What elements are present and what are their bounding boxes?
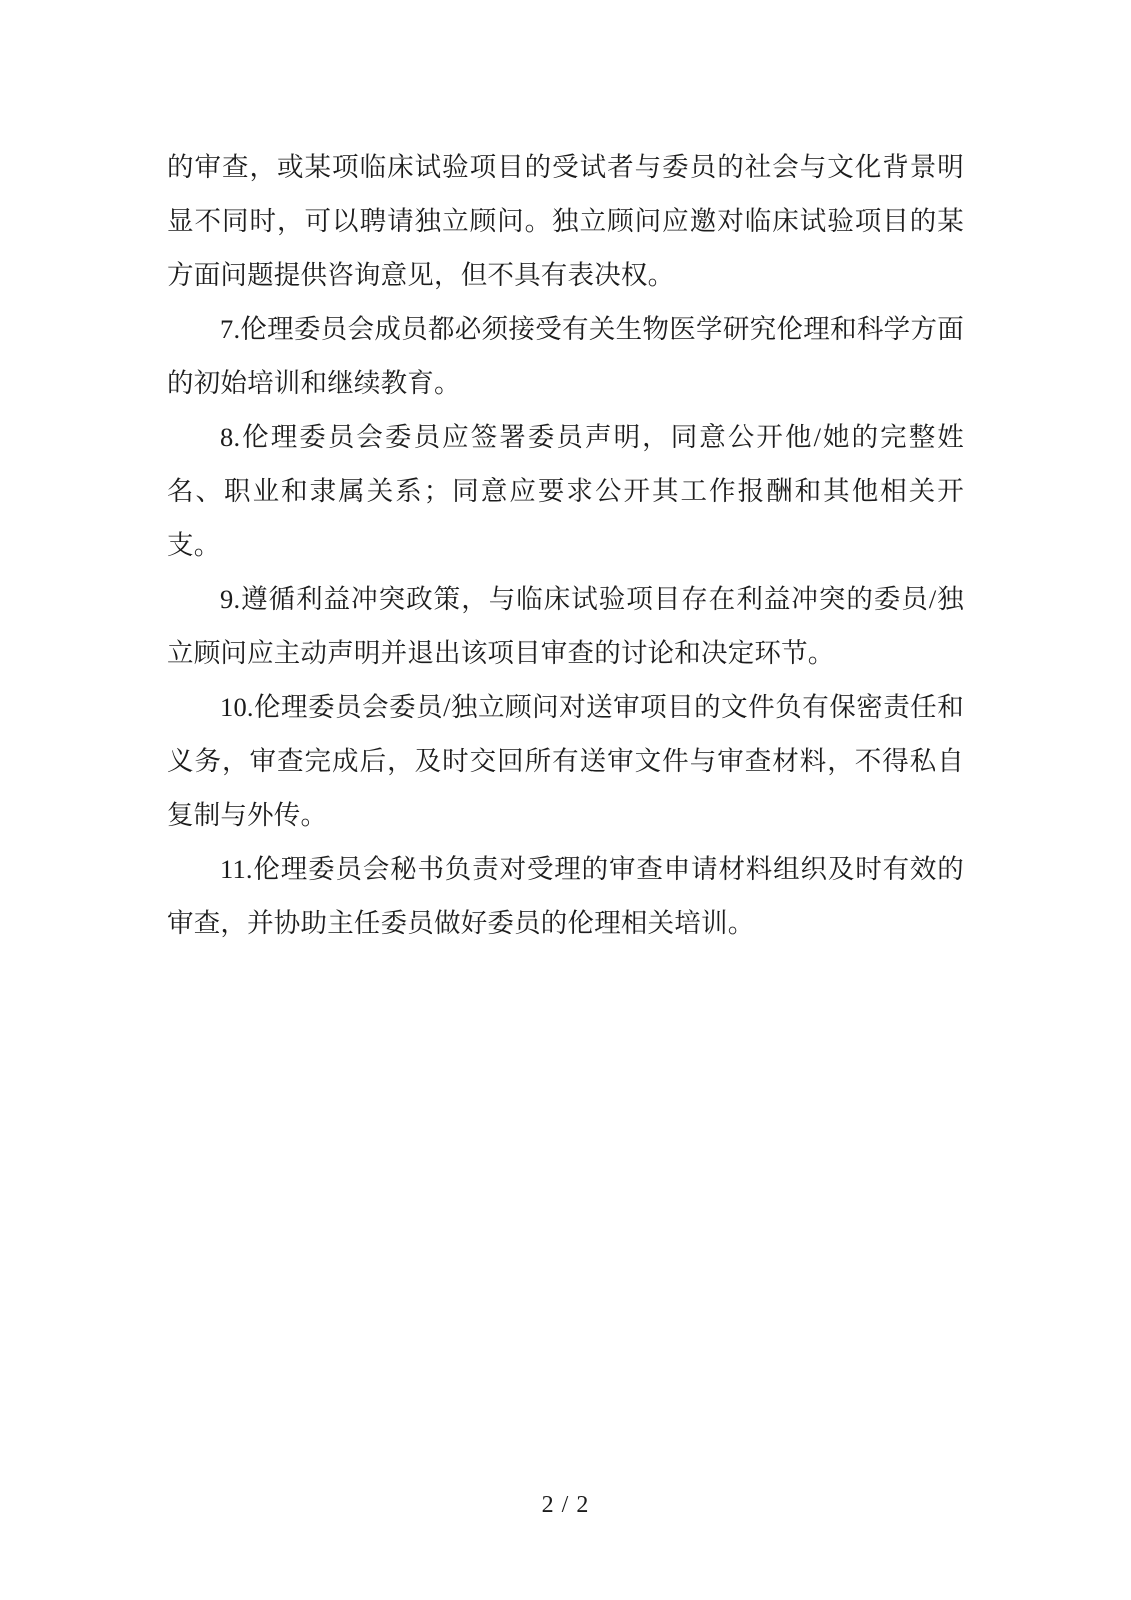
paragraph-continuation: 的审查，或某项临床试验项目的受试者与委员的社会与文化背景明显不同时，可以聘请独立…: [167, 140, 964, 302]
paragraph-item-7: 7.伦理委员会成员都必须接受有关生物医学研究伦理和科学方面的初始培训和继续教育。: [167, 302, 964, 410]
paragraph-item-11: 11.伦理委员会秘书负责对受理的审查申请材料组织及时有效的审查，并协助主任委员做…: [167, 842, 964, 950]
paragraph-item-10: 10.伦理委员会委员/独立顾问对送审项目的文件负有保密责任和义务，审查完成后，及…: [167, 680, 964, 842]
document-body: 的审查，或某项临床试验项目的受试者与委员的社会与文化背景明显不同时，可以聘请独立…: [167, 140, 964, 950]
paragraph-item-9: 9.遵循利益冲突政策，与临床试验项目存在利益冲突的委员/独立顾问应主动声明并退出…: [167, 572, 964, 680]
paragraph-item-8: 8.伦理委员会委员应签署委员声明，同意公开他/她的完整姓名、职业和隶属关系；同意…: [167, 410, 964, 572]
document-page: 的审查，或某项临床试验项目的受试者与委员的社会与文化背景明显不同时，可以聘请独立…: [0, 0, 1131, 1600]
page-number: 2 / 2: [0, 1490, 1131, 1520]
